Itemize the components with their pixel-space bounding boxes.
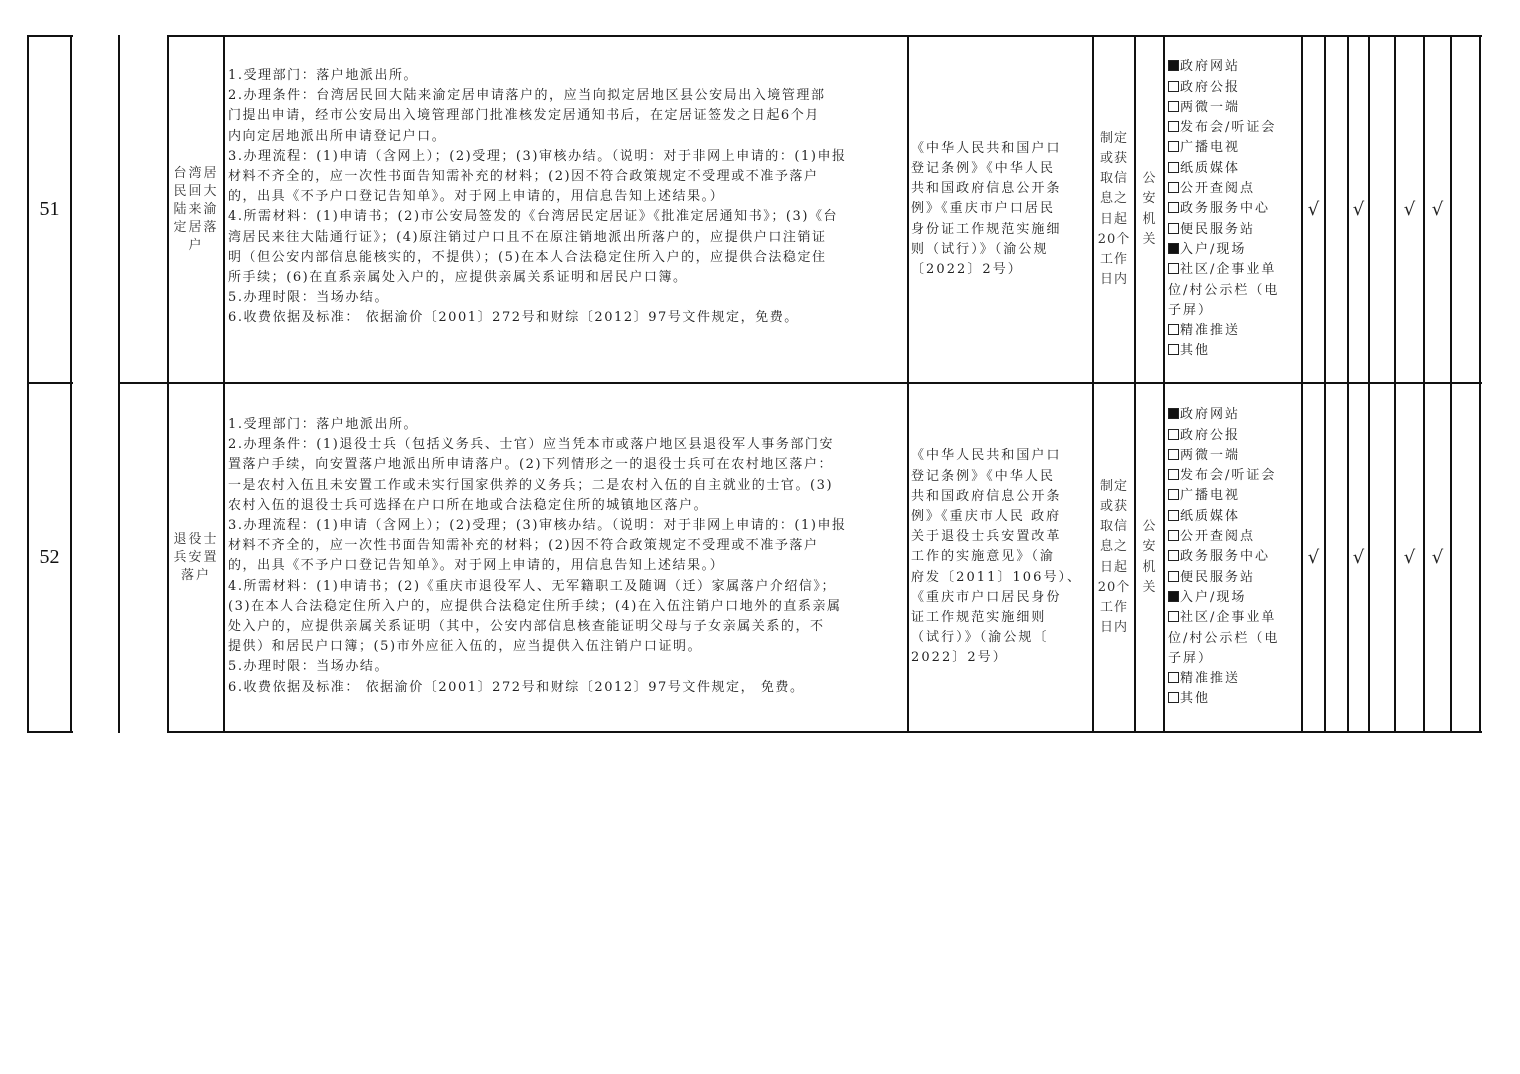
text-block: 公安机关 — [1142, 169, 1156, 250]
text-line: 关 — [1142, 230, 1156, 250]
channel-list: 政府网站政府公报两微一端发布会/听证会广播电视纸质媒体公开查阅点政务服务中心便民… — [1168, 405, 1279, 709]
text-line: 机 — [1142, 558, 1156, 578]
text-line: 工作的实施意见》（渝 — [911, 547, 1082, 567]
row-number: 52 — [28, 383, 71, 732]
legal-basis: 《中华人民共和国户口登记条例》《中华人民共和国政府信息公开条例》《重庆市户口居民… — [908, 36, 1093, 383]
channel-label: 子屏） — [1168, 651, 1213, 666]
text-line: 取信 — [1098, 517, 1131, 537]
unchecked-box-icon — [1168, 489, 1179, 500]
channel-item: 其他 — [1168, 341, 1279, 361]
unchecked-box-icon — [1168, 223, 1179, 234]
text-line: 定居落 — [173, 219, 218, 237]
text-line: 材料不齐全的，应一次性书面告知需补充的材料；(2)因不符合政策规定不受理或不准予… — [228, 167, 904, 187]
text-line: 日起 — [1098, 558, 1131, 578]
text-line: 共和国政府信息公开条 — [911, 179, 1062, 199]
unchecked-box-icon — [1168, 672, 1179, 683]
mark-cell: √ — [1424, 383, 1451, 732]
channel-label: 位/村公示栏（电 — [1168, 631, 1279, 646]
text-line: 处入户的，应提供亲属关系证明（其中，公安内部信息核查能证明父母与子女亲属关系的，… — [228, 617, 904, 637]
channel-label: 公开查阅点 — [1180, 181, 1255, 196]
text-line: 登记条例》《中华人民 — [911, 159, 1062, 179]
text-line: 陆来渝 — [173, 201, 218, 219]
text-line: 落户 — [173, 567, 218, 585]
mark-cell: √ — [1302, 36, 1325, 383]
unchecked-box-icon — [1168, 81, 1179, 92]
disclosure-channels: 政府网站政府公报两微一端发布会/听证会广播电视纸质媒体公开查阅点政务服务中心便民… — [1164, 383, 1302, 732]
text-line: 〔2022〕2号） — [911, 260, 1062, 280]
channel-item: 精准推送 — [1168, 321, 1279, 341]
text-line: 户 — [173, 237, 218, 255]
text-line: 材料不齐全的，应一次性书面告知需补充的材料；(2)因不符合政策规定不受理或不准予… — [228, 536, 904, 556]
text-line: 《中华人民共和国户口 — [911, 139, 1062, 159]
unchecked-box-icon — [1168, 692, 1179, 703]
checkmark-icon: √ — [1432, 199, 1443, 220]
channel-label: 精准推送 — [1180, 323, 1240, 338]
unchecked-box-icon — [1168, 510, 1179, 521]
unchecked-box-icon — [1168, 344, 1179, 355]
channel-item: 位/村公示栏（电 — [1168, 629, 1279, 649]
unchecked-box-icon — [1168, 202, 1179, 213]
disclosure-channels: 政府网站政府公报两微一端发布会/听证会广播电视纸质媒体公开查阅点政务服务中心便民… — [1164, 36, 1302, 383]
unchecked-box-icon — [1168, 141, 1179, 152]
legal-basis: 《中华人民共和国户口登记条例》《中华人民共和国政府信息公开条例》《重庆市人民 政… — [908, 383, 1093, 732]
text-line: 2.办理条件：台湾居民回大陆来渝定居申请落户的，应当向拟定居地区县公安局出入境管… — [228, 86, 904, 106]
channel-label: 入户/现场 — [1180, 590, 1246, 605]
channel-label: 政务服务中心 — [1180, 201, 1270, 216]
checkmark-icon: √ — [1308, 547, 1319, 568]
channel-label: 子屏） — [1168, 303, 1213, 318]
channel-label: 便民服务站 — [1180, 222, 1255, 237]
channel-item: 政府公报 — [1168, 78, 1279, 98]
channel-item: 两微一端 — [1168, 446, 1279, 466]
text-line: 共和国政府信息公开条 — [911, 487, 1082, 507]
time-limit: 制定或获取信息之日起20个工作日内 — [1093, 383, 1135, 732]
text-line: 则（试行）》（渝公规 — [911, 240, 1062, 260]
channel-item: 公开查阅点 — [1168, 527, 1279, 547]
unchecked-box-icon — [1168, 121, 1179, 132]
text-line: 日内 — [1098, 618, 1131, 638]
text-line: 1.受理部门：落户地派出所。 — [228, 415, 904, 435]
text-line: 农村入伍的退役士兵可选择在户口所在地或合法稳定住所的城镇地区落户。 — [228, 496, 904, 516]
text-line: 内向定居地派出所申请登记户口。 — [228, 127, 904, 147]
item-content: 1.受理部门：落户地派出所。2.办理条件：台湾居民回大陆来渝定居申请落户的，应当… — [224, 56, 908, 383]
text-line: 6.收费依据及标准： 依据渝价〔2001〕272号和财综〔2012〕97号文件规… — [228, 678, 904, 698]
channel-item: 子屏） — [1168, 301, 1279, 321]
unchecked-box-icon — [1168, 530, 1179, 541]
channel-item: 纸质媒体 — [1168, 507, 1279, 527]
text-line: 证工作规范实施细则 — [911, 608, 1082, 628]
text-line: 登记条例》《中华人民 — [911, 467, 1082, 487]
unchecked-box-icon — [1168, 101, 1179, 112]
channel-item: 子屏） — [1168, 649, 1279, 669]
text-line: 制定 — [1098, 129, 1131, 149]
text-line: (3)在本人合法稳定住所入户的，应提供合法稳定住所手续；(4)在入伍注销户口地外… — [228, 597, 904, 617]
text-line: 例》《重庆市人民 政府 — [911, 507, 1082, 527]
unchecked-box-icon — [1168, 263, 1179, 274]
text-line: （试行）》（渝公规〔 — [911, 628, 1082, 648]
mark-cell — [1369, 36, 1395, 383]
channel-item: 社区/企事业单 — [1168, 260, 1279, 280]
text-line: 置落户手续，向安置落户地派出所申请落户。(2)下列情形之一的退役士兵可在农村地区… — [228, 455, 904, 475]
text-line: 3.办理流程：(1)申请（含网上）；(2)受理；(3)审核办结。（说明：对于非网… — [228, 516, 904, 536]
mark-cell: √ — [1348, 383, 1369, 732]
checkmark-icon: √ — [1353, 199, 1364, 220]
channel-label: 广播电视 — [1180, 140, 1240, 155]
channel-label: 纸质媒体 — [1180, 161, 1240, 176]
checked-box-icon — [1168, 408, 1179, 419]
channel-item: 发布会/听证会 — [1168, 466, 1279, 486]
text-line: 门提出申请，经市公安局出入境管理部门批准核发定居通知书后，在定居证签发之日起6个… — [228, 106, 904, 126]
disclosure-subject: 公安机关 — [1135, 383, 1164, 732]
mark-cell: √ — [1395, 383, 1424, 732]
channel-label: 政务服务中心 — [1180, 549, 1270, 564]
unchecked-box-icon — [1168, 469, 1179, 480]
channel-item: 位/村公示栏（电 — [1168, 281, 1279, 301]
checkmark-icon: √ — [1308, 199, 1319, 220]
text-block: 1.受理部门：落户地派出所。2.办理条件：台湾居民回大陆来渝定居申请落户的，应当… — [228, 66, 904, 329]
item-name: 台湾居民回大陆来渝定居落户 — [168, 36, 224, 383]
text-line: 提供）和居民户口簿；(5)市外应征入伍的，应当提供入伍注销户口证明。 — [228, 637, 904, 657]
channel-label: 政府公报 — [1180, 428, 1240, 443]
text-line: 湾居民来往大陆通行证》；(4)原注销过户口且不在原注销地派出所落户的，应提供户口… — [228, 228, 904, 248]
channel-label: 发布会/听证会 — [1180, 468, 1276, 483]
checkmark-icon: √ — [1404, 199, 1415, 220]
row-number-text: 52 — [40, 546, 60, 569]
row-number: 51 — [28, 36, 71, 383]
mark-cell — [1325, 383, 1348, 732]
text-line: 的，出具《不予户口登记告知单》。对于网上申请的，用信息告知上述结果。） — [228, 187, 904, 207]
text-line: 一是农村入伍且未安置工作或未实行国家供养的义务兵；二是农村入伍的自主就业的士官。… — [228, 476, 904, 496]
text-line: 关于退役士兵安置改革 — [911, 527, 1082, 547]
channel-label: 社区/企事业单 — [1180, 262, 1276, 277]
channel-list: 政府网站政府公报两微一端发布会/听证会广播电视纸质媒体公开查阅点政务服务中心便民… — [1168, 57, 1279, 361]
text-block: 公安机关 — [1142, 517, 1156, 598]
text-line: 2.办理条件：(1)退役士兵（包括义务兵、士官）应当凭本市或落户地区县退役军人事… — [228, 435, 904, 455]
text-line: 4.所需材料：(1)申请书；(2)市公安局签发的《台湾居民定居证》《批准定居通知… — [228, 207, 904, 227]
channel-item: 政务服务中心 — [1168, 199, 1279, 219]
mark-cell: √ — [1302, 383, 1325, 732]
channel-item: 社区/企事业单 — [1168, 608, 1279, 628]
unchecked-box-icon — [1168, 162, 1179, 173]
table-border — [118, 35, 120, 733]
checkmark-icon: √ — [1353, 547, 1364, 568]
checked-box-icon — [1168, 243, 1179, 254]
text-line: 5.办理时限：当场办结。 — [228, 288, 904, 308]
channel-label: 社区/企事业单 — [1180, 610, 1276, 625]
disclosure-subject: 公安机关 — [1135, 36, 1164, 383]
text-block: 台湾居民回大陆来渝定居落户 — [173, 165, 218, 255]
checked-box-icon — [1168, 60, 1179, 71]
channel-item: 其他 — [1168, 689, 1279, 709]
channel-label: 政府网站 — [1180, 59, 1240, 74]
text-line: 台湾居 — [173, 165, 218, 183]
mark-cell — [1451, 383, 1480, 732]
channel-item: 政府公报 — [1168, 426, 1279, 446]
channel-label: 纸质媒体 — [1180, 509, 1240, 524]
channel-item: 纸质媒体 — [1168, 159, 1279, 179]
text-line: 息之 — [1098, 537, 1131, 557]
unchecked-box-icon — [1168, 571, 1179, 582]
channel-item: 政府网站 — [1168, 405, 1279, 425]
unchecked-box-icon — [1168, 324, 1179, 335]
channel-item: 公开查阅点 — [1168, 179, 1279, 199]
text-line: 工作 — [1098, 250, 1131, 270]
channel-label: 便民服务站 — [1180, 570, 1255, 585]
channel-label: 其他 — [1180, 343, 1210, 358]
text-block: 1.受理部门：落户地派出所。2.办理条件：(1)退役士兵（包括义务兵、士官）应当… — [228, 415, 904, 698]
channel-item: 便民服务站 — [1168, 568, 1279, 588]
text-line: 《重庆市户口居民身份 — [911, 588, 1082, 608]
text-line: 身份证工作规范实施细 — [911, 220, 1062, 240]
mark-cell — [1451, 36, 1480, 383]
item-name: 退役士兵安置落户 — [168, 383, 224, 732]
text-line: 的，出具《不予户口登记告知单》。对于网上申请的，用信息告知上述结果。） — [228, 556, 904, 576]
channel-label: 其他 — [1180, 691, 1210, 706]
text-block: 退役士兵安置落户 — [173, 531, 218, 585]
channel-item: 发布会/听证会 — [1168, 118, 1279, 138]
text-block: 《中华人民共和国户口登记条例》《中华人民共和国政府信息公开条例》《重庆市户口居民… — [911, 139, 1062, 280]
text-line: 或获 — [1098, 497, 1131, 517]
text-line: 制定 — [1098, 477, 1131, 497]
text-line: 5.办理时限：当场办结。 — [228, 657, 904, 677]
unchecked-box-icon — [1168, 449, 1179, 460]
text-line: 所手续；(6)在直系亲属处入户的，应提供亲属关系证明和居民户口簿。 — [228, 268, 904, 288]
unchecked-box-icon — [1168, 611, 1179, 622]
checkmark-icon: √ — [1404, 547, 1415, 568]
mark-cell — [1369, 383, 1395, 732]
mark-cell — [1325, 36, 1348, 383]
channel-label: 广播电视 — [1180, 488, 1240, 503]
text-line: 兵安置 — [173, 549, 218, 567]
item-content: 1.受理部门：落户地派出所。2.办理条件：(1)退役士兵（包括义务兵、士官）应当… — [224, 403, 908, 732]
channel-label: 政府网站 — [1180, 407, 1240, 422]
channel-item: 两微一端 — [1168, 98, 1279, 118]
mark-cell: √ — [1395, 36, 1424, 383]
channel-label: 两微一端 — [1180, 448, 1240, 463]
channel-item: 政府网站 — [1168, 57, 1279, 77]
channel-label: 两微一端 — [1180, 100, 1240, 115]
channel-item: 广播电视 — [1168, 138, 1279, 158]
text-line: 日起 — [1098, 210, 1131, 230]
text-line: 退役士 — [173, 531, 218, 549]
mark-cell: √ — [1424, 36, 1451, 383]
text-line: 20个 — [1098, 230, 1131, 250]
text-block: 制定或获取信息之日起20个工作日内 — [1098, 477, 1131, 639]
text-line: 或获 — [1098, 149, 1131, 169]
text-line: 4.所需材料：(1)申请书；(2)《重庆市退役军人、无军籍职工及随调（迁）家属落… — [228, 577, 904, 597]
text-line: 3.办理流程：(1)申请（含网上）；(2)受理；(3)审核办结。（说明：对于非网… — [228, 147, 904, 167]
text-line: 安 — [1142, 537, 1156, 557]
text-line: 例》《重庆市户口居民 — [911, 199, 1062, 219]
channel-item: 精准推送 — [1168, 669, 1279, 689]
time-limit: 制定或获取信息之日起20个工作日内 — [1093, 36, 1135, 383]
text-line: 1.受理部门：落户地派出所。 — [228, 66, 904, 86]
text-block: 制定或获取信息之日起20个工作日内 — [1098, 129, 1131, 291]
channel-label: 精准推送 — [1180, 671, 1240, 686]
channel-item: 政务服务中心 — [1168, 547, 1279, 567]
channel-label: 公开查阅点 — [1180, 529, 1255, 544]
text-line: 《中华人民共和国户口 — [911, 446, 1082, 466]
checkmark-icon: √ — [1432, 547, 1443, 568]
text-line: 6.收费依据及标准： 依据渝价〔2001〕272号和财综〔2012〕97号文件规… — [228, 308, 904, 328]
text-line: 民回大 — [173, 183, 218, 201]
text-line: 2022〕2号） — [911, 648, 1082, 668]
text-line: 20个 — [1098, 578, 1131, 598]
text-line: 明（但公安内部信息能核实的，不提供）；(5)在本人合法稳定住所入户的，应提供合法… — [228, 248, 904, 268]
text-line: 工作 — [1098, 598, 1131, 618]
unchecked-box-icon — [1168, 550, 1179, 561]
mark-cell: √ — [1348, 36, 1369, 383]
text-line: 府发〔2011〕106号）、 — [911, 568, 1082, 588]
channel-label: 发布会/听证会 — [1180, 120, 1276, 135]
unchecked-box-icon — [1168, 182, 1179, 193]
text-line: 公 — [1142, 169, 1156, 189]
text-line: 机 — [1142, 210, 1156, 230]
text-block: 《中华人民共和国户口登记条例》《中华人民共和国政府信息公开条例》《重庆市人民 政… — [911, 446, 1082, 668]
channel-item: 广播电视 — [1168, 486, 1279, 506]
channel-item: 便民服务站 — [1168, 220, 1279, 240]
text-line: 关 — [1142, 578, 1156, 598]
channel-label: 政府公报 — [1180, 80, 1240, 95]
channel-label: 入户/现场 — [1180, 242, 1246, 257]
text-line: 取信 — [1098, 169, 1131, 189]
row-number-text: 51 — [40, 198, 60, 221]
checked-box-icon — [1168, 591, 1179, 602]
text-line: 日内 — [1098, 270, 1131, 290]
channel-item: 入户/现场 — [1168, 588, 1279, 608]
text-line: 安 — [1142, 189, 1156, 209]
channel-item: 入户/现场 — [1168, 240, 1279, 260]
text-line: 息之 — [1098, 189, 1131, 209]
text-line: 公 — [1142, 517, 1156, 537]
channel-label: 位/村公示栏（电 — [1168, 283, 1279, 298]
unchecked-box-icon — [1168, 429, 1179, 440]
